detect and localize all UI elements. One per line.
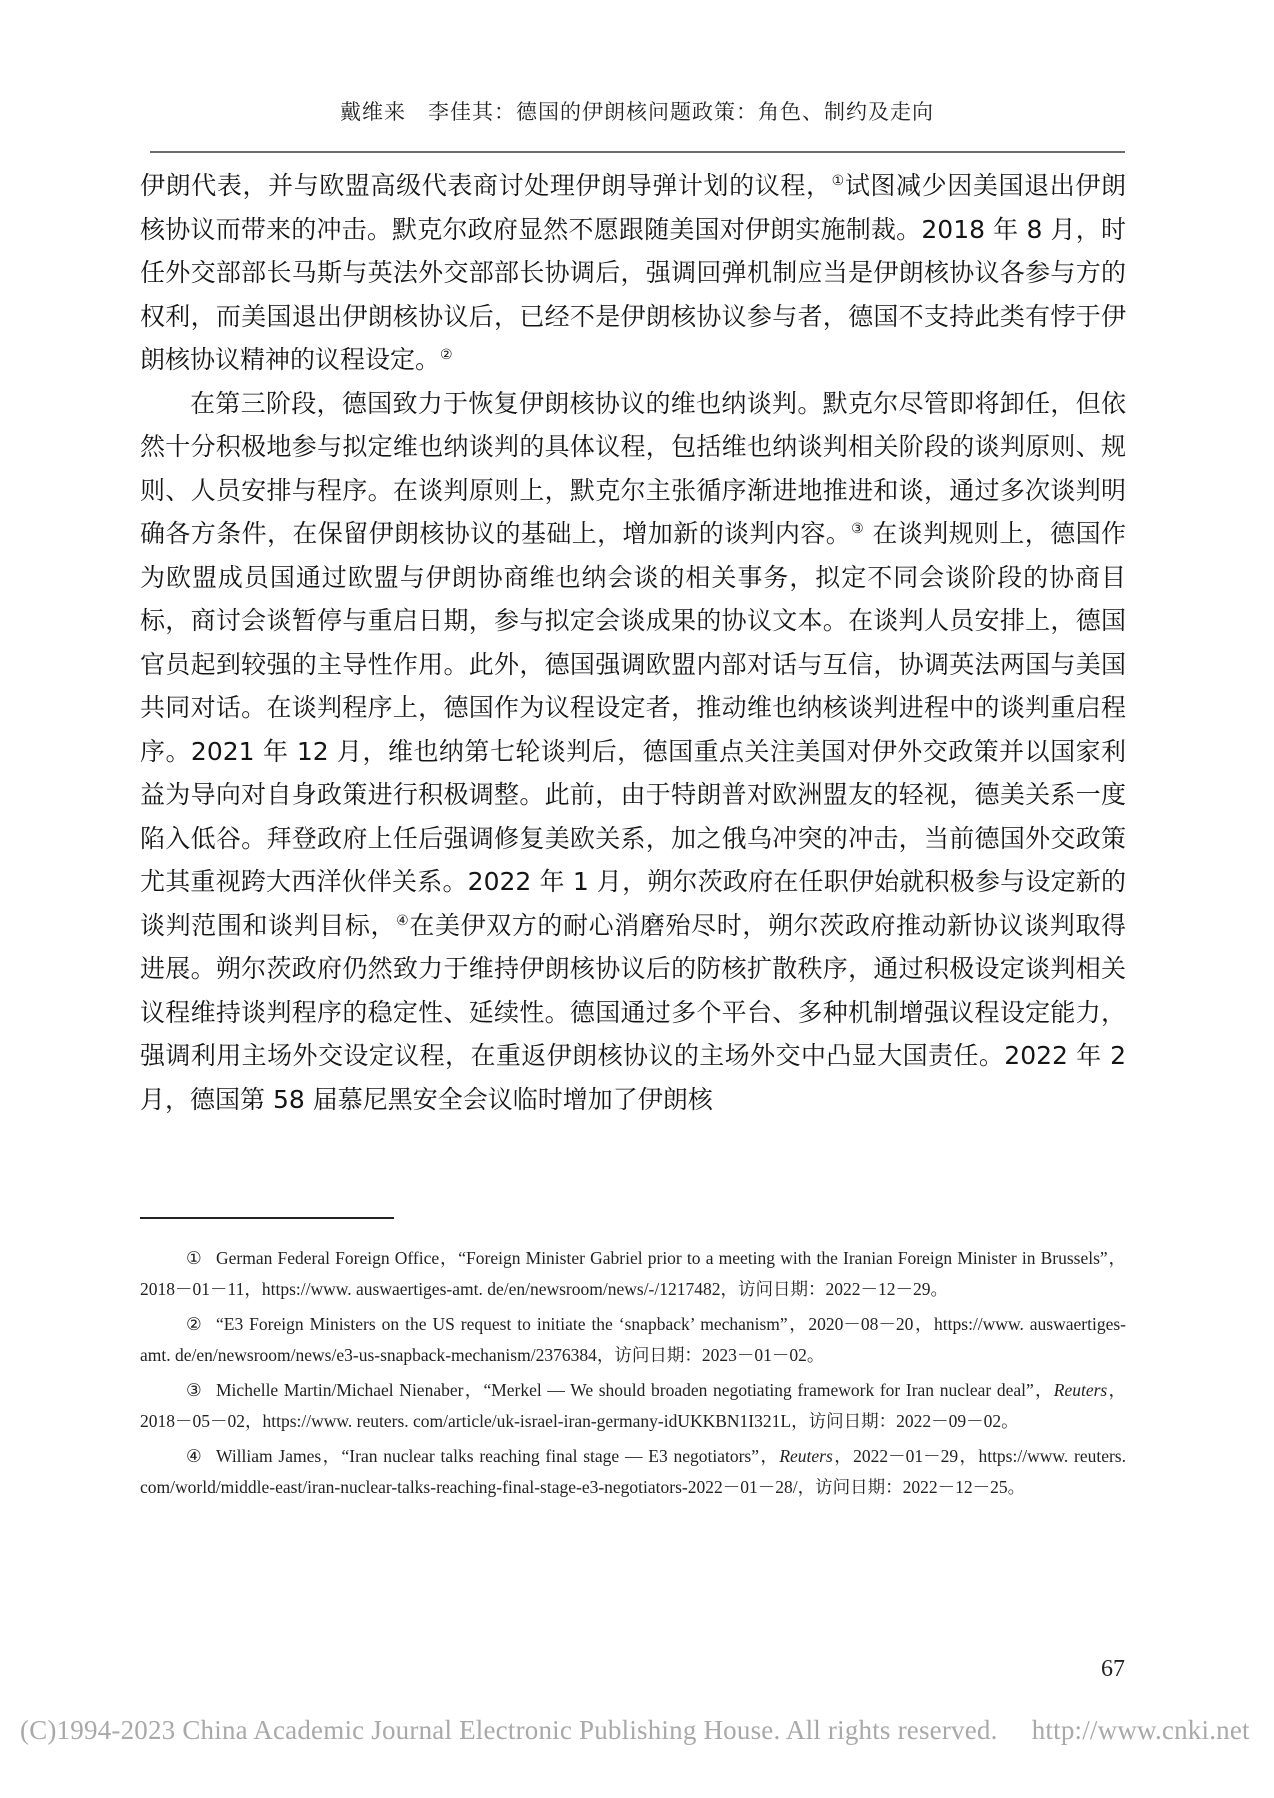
footnote-1-text: German Federal Foreign Office，“Foreign M… (140, 1248, 1126, 1299)
footnote-ref-3[interactable]: ③ (851, 521, 864, 537)
footnote-3-source: Reuters (1054, 1380, 1107, 1400)
page-number: 67 (1101, 1656, 1125, 1683)
footnote-divider (140, 1217, 394, 1219)
footnote-marker-4: ④ (186, 1441, 208, 1472)
footnote-2: ②“E3 Foreign Ministers on the US request… (140, 1309, 1126, 1370)
footnote-3: ③Michelle Martin/Michael Nienaber，“Merke… (140, 1375, 1126, 1436)
footnote-marker-2: ② (186, 1309, 208, 1340)
footnote-2-text: “E3 Foreign Ministers on the US request … (140, 1314, 1126, 1365)
paragraph-1-part-1: 伊朗代表，并与欧盟高级代表商讨处理伊朗导弹计划的议程， (140, 171, 832, 200)
paragraph-2-part-2: 在谈判规则上，德国作为欧盟成员国通过欧盟与伊朗协商维也纳会谈的相关事务，拟定不同… (140, 519, 1126, 940)
footnote-marker-3: ③ (186, 1375, 208, 1406)
running-head-title: 戴维来 李佳其：德国的伊朗核问题政策：角色、制约及走向 (0, 96, 1274, 126)
paragraph-1-part-2: 试图减少因美国退出伊朗核协议而带来的冲击。默克尔政府显然不愿跟随美国对伊朗实施制… (140, 171, 1126, 374)
footnote-ref-4[interactable]: ④ (396, 913, 409, 929)
footnote-marker-1: ① (186, 1243, 208, 1274)
footnote-4: ④William James，“Iran nuclear talks reach… (140, 1441, 1126, 1502)
footnote-3-text: Michelle Martin/Michael Nienaber，“Merkel… (216, 1380, 1054, 1400)
paragraph-2: 在第三阶段，德国致力于恢复伊朗核协议的维也纳谈判。默克尔尽管即将卸任，但依然十分… (140, 382, 1126, 1122)
body-text: 伊朗代表，并与欧盟高级代表商讨处理伊朗导弹计划的议程，①试图减少因美国退出伊朗核… (140, 164, 1126, 1121)
footnote-4-text: William James，“Iran nuclear talks reachi… (216, 1446, 779, 1466)
header-divider (150, 151, 1125, 153)
copyright-watermark: (C)1994-2023 China Academic Journal Elec… (20, 1708, 1250, 1747)
footnote-4-source: Reuters (779, 1446, 832, 1466)
footnote-ref-1[interactable]: ① (832, 173, 845, 189)
footnote-1: ①German Federal Foreign Office，“Foreign … (140, 1243, 1126, 1304)
footnote-ref-2[interactable]: ② (440, 347, 453, 363)
paragraph-2-part-3: 在美伊双方的耐心消磨殆尽时，朔尔茨政府推动新协议谈判取得进展。朔尔茨政府仍然致力… (140, 911, 1126, 1114)
footnotes: ①German Federal Foreign Office，“Foreign … (140, 1243, 1126, 1507)
paragraph-1: 伊朗代表，并与欧盟高级代表商讨处理伊朗导弹计划的议程，①试图减少因美国退出伊朗核… (140, 164, 1126, 382)
